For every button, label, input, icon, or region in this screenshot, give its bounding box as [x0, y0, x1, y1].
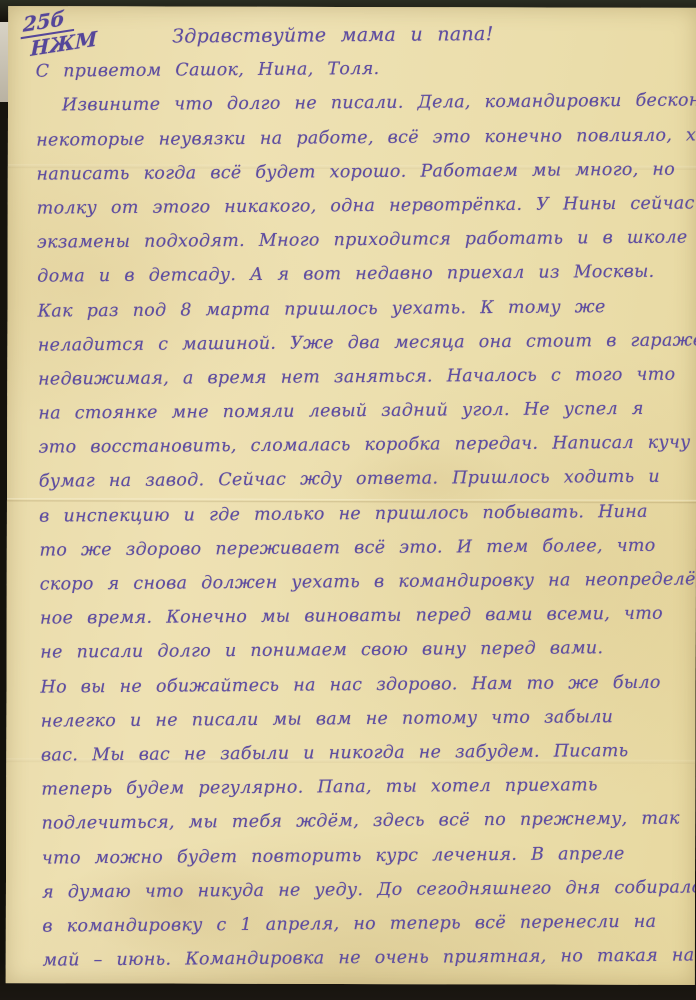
letter-line: теперь будем регулярно. Папа, ты хотел п… — [41, 768, 696, 807]
letter-line: толку от этого никакого, одна нервотрёпк… — [37, 186, 692, 225]
letter-greeting: С приветом Сашок, Нина, Толя. — [36, 50, 691, 89]
letter-line: экзамены подходят. Много приходится рабо… — [37, 221, 692, 260]
letter-line: ное время. Конечно мы виноваты перед вам… — [40, 597, 695, 636]
letter-line: на стоянке мне помяли левый задний угол.… — [38, 392, 693, 431]
letter-line: нелегко и не писали мы вам не потому что… — [41, 699, 696, 738]
letter-paper: 25б НЖМ Здравствуйте мама и папа! С прив… — [6, 6, 696, 985]
letter-line: это восстановить, сломалась коробка пере… — [38, 426, 693, 465]
letter-line: недвижимая, а время нет заняться. Начало… — [38, 357, 693, 396]
letter-line: написать когда всё будет хорошо. Работае… — [36, 152, 691, 191]
letter-line: бумаг на завод. Сейчас жду ответа. Пришл… — [39, 460, 694, 499]
letter-line: дома и в детсаду. А я вот недавно приеха… — [37, 255, 692, 294]
letter-line: в инспекцию и где только не пришлось поб… — [39, 494, 694, 533]
letter-text: Здравствуйте мама и папа! С приветом Саш… — [35, 15, 696, 977]
letter-line: то же здорово переживает всё это. И тем … — [39, 528, 694, 567]
letter-line: Извините что долго не писали. Дела, кома… — [36, 84, 691, 123]
letter-line: я думаю что никуда не уеду. До сегодняшн… — [42, 870, 696, 909]
letter-line: подлечиться, мы тебя ждём, здесь всё по … — [41, 802, 696, 841]
letter-line: не писали долго и понимаем свою вину пер… — [40, 631, 695, 670]
letter-line: скоро я снова должен уехать в командиров… — [40, 562, 695, 601]
letter-salutation: Здравствуйте мама и папа! — [35, 15, 690, 54]
letter-line: Но вы не обижайтесь на нас здорово. Нам … — [40, 665, 695, 704]
scanned-letter-page: 25б НЖМ Здравствуйте мама и папа! С прив… — [0, 0, 696, 1000]
letter-line: май – июнь. Командировка не очень приятн… — [42, 939, 696, 978]
letter-line: Как раз под 8 марта пришлось уехать. К т… — [37, 289, 692, 328]
letter-line: вас. Мы вас не забыли и никогда не забуд… — [41, 733, 696, 772]
letter-line: в командировку с 1 апреля, но теперь всё… — [42, 904, 696, 943]
letter-line: некоторые неувязки на работе, всё это ко… — [36, 118, 691, 157]
letter-line: неладится с машиной. Уже два месяца она … — [38, 323, 693, 362]
letter-line: что можно будет повторить курс лечения. … — [42, 836, 696, 875]
